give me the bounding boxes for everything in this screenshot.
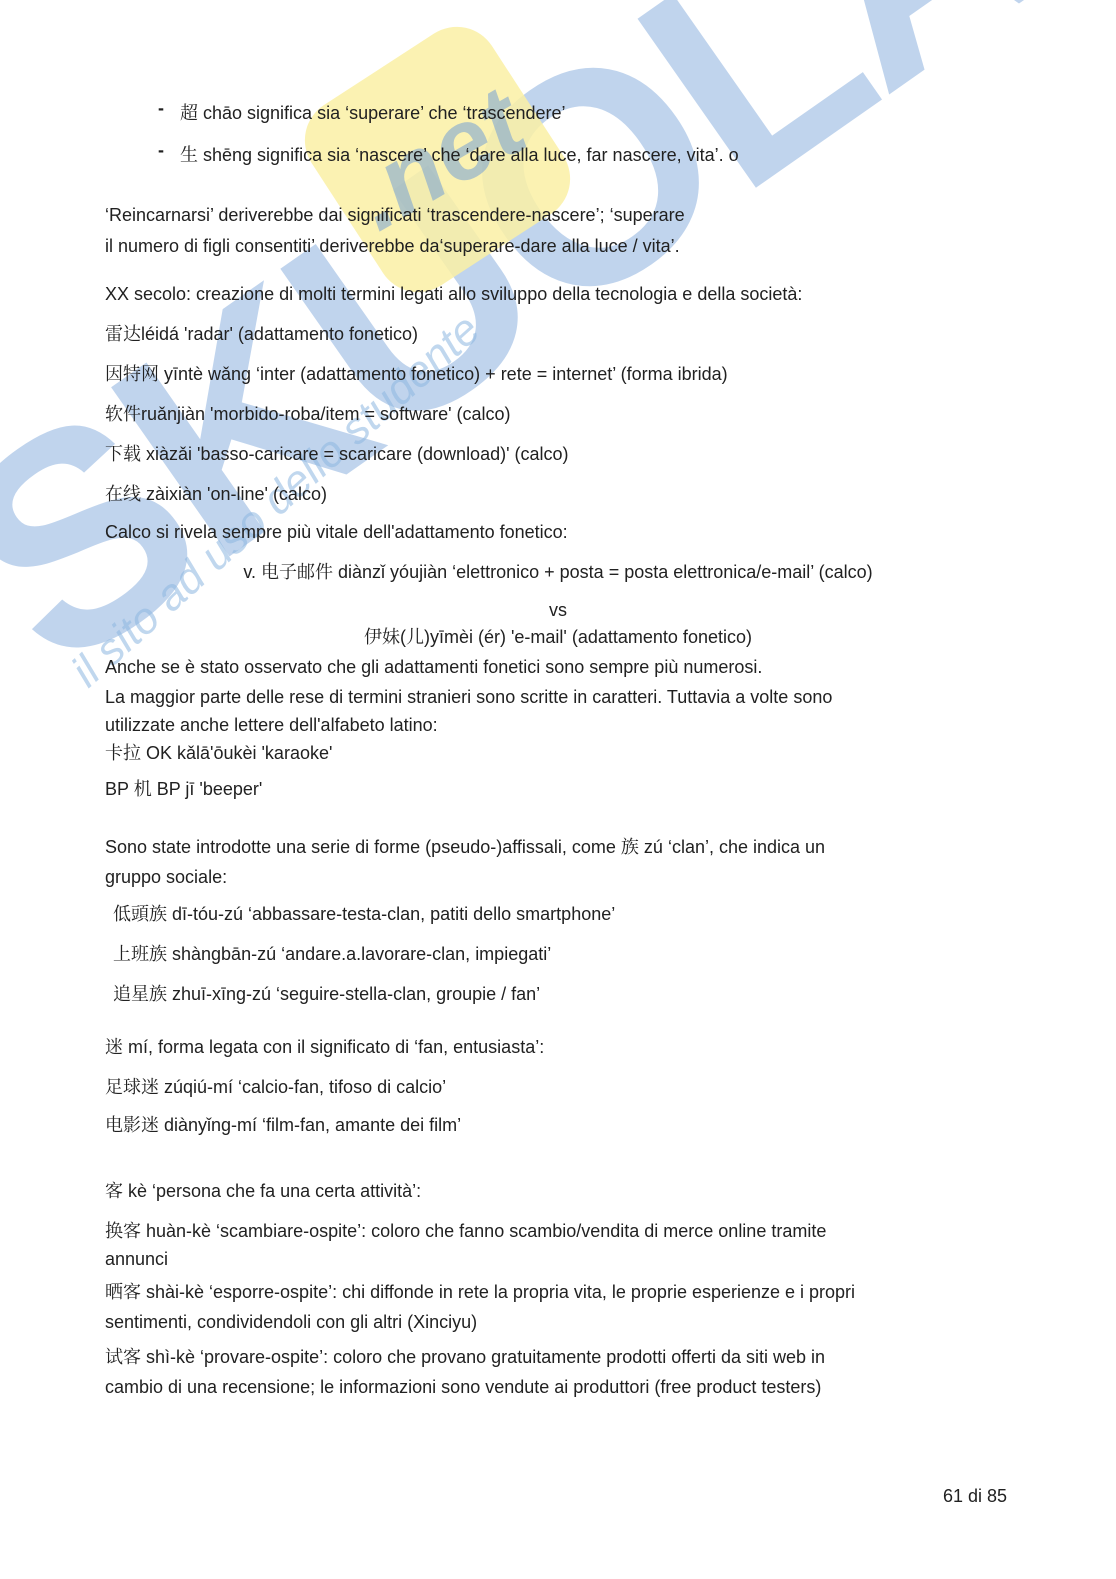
text-line: La maggior parte delle rese di termini s… xyxy=(105,684,832,711)
text-line: il numero di figli consentiti’ derivereb… xyxy=(105,233,680,260)
text-line: 追星族 zhuī-xīng-zú ‘seguire-stella-clan, g… xyxy=(113,981,540,1008)
text-line: annunci xyxy=(105,1246,168,1273)
text-line: 卡拉 OK kǎlā'ōukèi 'karaoke' xyxy=(105,740,332,767)
text-line: utilizzate anche lettere dell'alfabeto l… xyxy=(105,712,438,739)
text-line: 在线 zàixiàn 'on-line' (calco) xyxy=(105,481,327,508)
text-line: sentimenti, condividendoli con gli altri… xyxy=(105,1309,477,1336)
text-line: v. 电子邮件 diànzǐ yóujiàn ‘elettronico + po… xyxy=(0,559,1116,586)
text-line: 迷 mí, forma legata con il significato di… xyxy=(105,1034,544,1061)
text-line: 足球迷 zúqiú-mí ‘calcio-fan, tifoso di calc… xyxy=(105,1074,446,1101)
bullet-item: -生 shēng significa sia ‘nascere’ che ‘da… xyxy=(158,142,739,169)
text-line: 软件ruǎnjiàn 'morbido-roba/item = software… xyxy=(105,401,511,428)
text-line: Sono state introdotte una serie di forme… xyxy=(105,834,825,861)
bullet-item: -超 chāo significa sia ‘superare’ che ‘tr… xyxy=(158,100,566,127)
document-page: SKUOLA .net il sito ad uso dello student… xyxy=(0,0,1116,1579)
text-line: 因特网 yīntè wǎng ‘inter (adattamento fonet… xyxy=(105,361,728,388)
text-line: 换客 huàn-kè ‘scambiare-ospite’: coloro ch… xyxy=(105,1218,826,1245)
text-line: vs xyxy=(0,597,1116,624)
text-line: 试客 shì-kè ‘provare-ospite’: coloro che p… xyxy=(105,1344,825,1371)
text-line: 低頭族 dī-tóu-zú ‘abbassare-testa-clan, pat… xyxy=(113,901,615,928)
text-line: cambio di una recensione; le informazion… xyxy=(105,1374,821,1401)
text-line: 晒客 shài-kè ‘esporre-ospite’: chi diffond… xyxy=(105,1279,855,1306)
bullet-dash: - xyxy=(158,95,164,122)
text-line: 雷达léidá 'radar' (adattamento fonetico) xyxy=(105,321,418,348)
text-line: 电影迷 diànyǐng-mí ‘film-fan, amante dei fi… xyxy=(105,1112,461,1139)
text-line: 超 chāo significa sia ‘superare’ che ‘tra… xyxy=(180,103,566,123)
text-line: 上班族 shàngbān-zú ‘andare.a.lavorare-clan,… xyxy=(113,941,551,968)
text-line: 伊妹(儿)yīmèi (ér) 'e-mail' (adattamento fo… xyxy=(0,624,1116,651)
text-line: gruppo sociale: xyxy=(105,864,227,891)
page-number: 61 di 85 xyxy=(943,1486,1007,1507)
text-line: BP 机 BP jī 'beeper' xyxy=(105,776,262,803)
text-line: 客 kè ‘persona che fa una certa attività’… xyxy=(105,1178,421,1205)
text-line: 下载 xiàzǎi 'basso-caricare = scaricare (d… xyxy=(105,441,569,468)
text-line: Anche se è stato osservato che gli adatt… xyxy=(105,654,762,681)
text-line: XX secolo: creazione di molti termini le… xyxy=(105,281,802,308)
text-line: 生 shēng significa sia ‘nascere’ che ‘dar… xyxy=(180,145,739,165)
bullet-dash: - xyxy=(158,137,164,164)
text-line: Calco si rivela sempre più vitale dell'a… xyxy=(105,519,568,546)
text-line: ‘Reincarnarsi’ deriverebbe dai significa… xyxy=(105,202,685,229)
